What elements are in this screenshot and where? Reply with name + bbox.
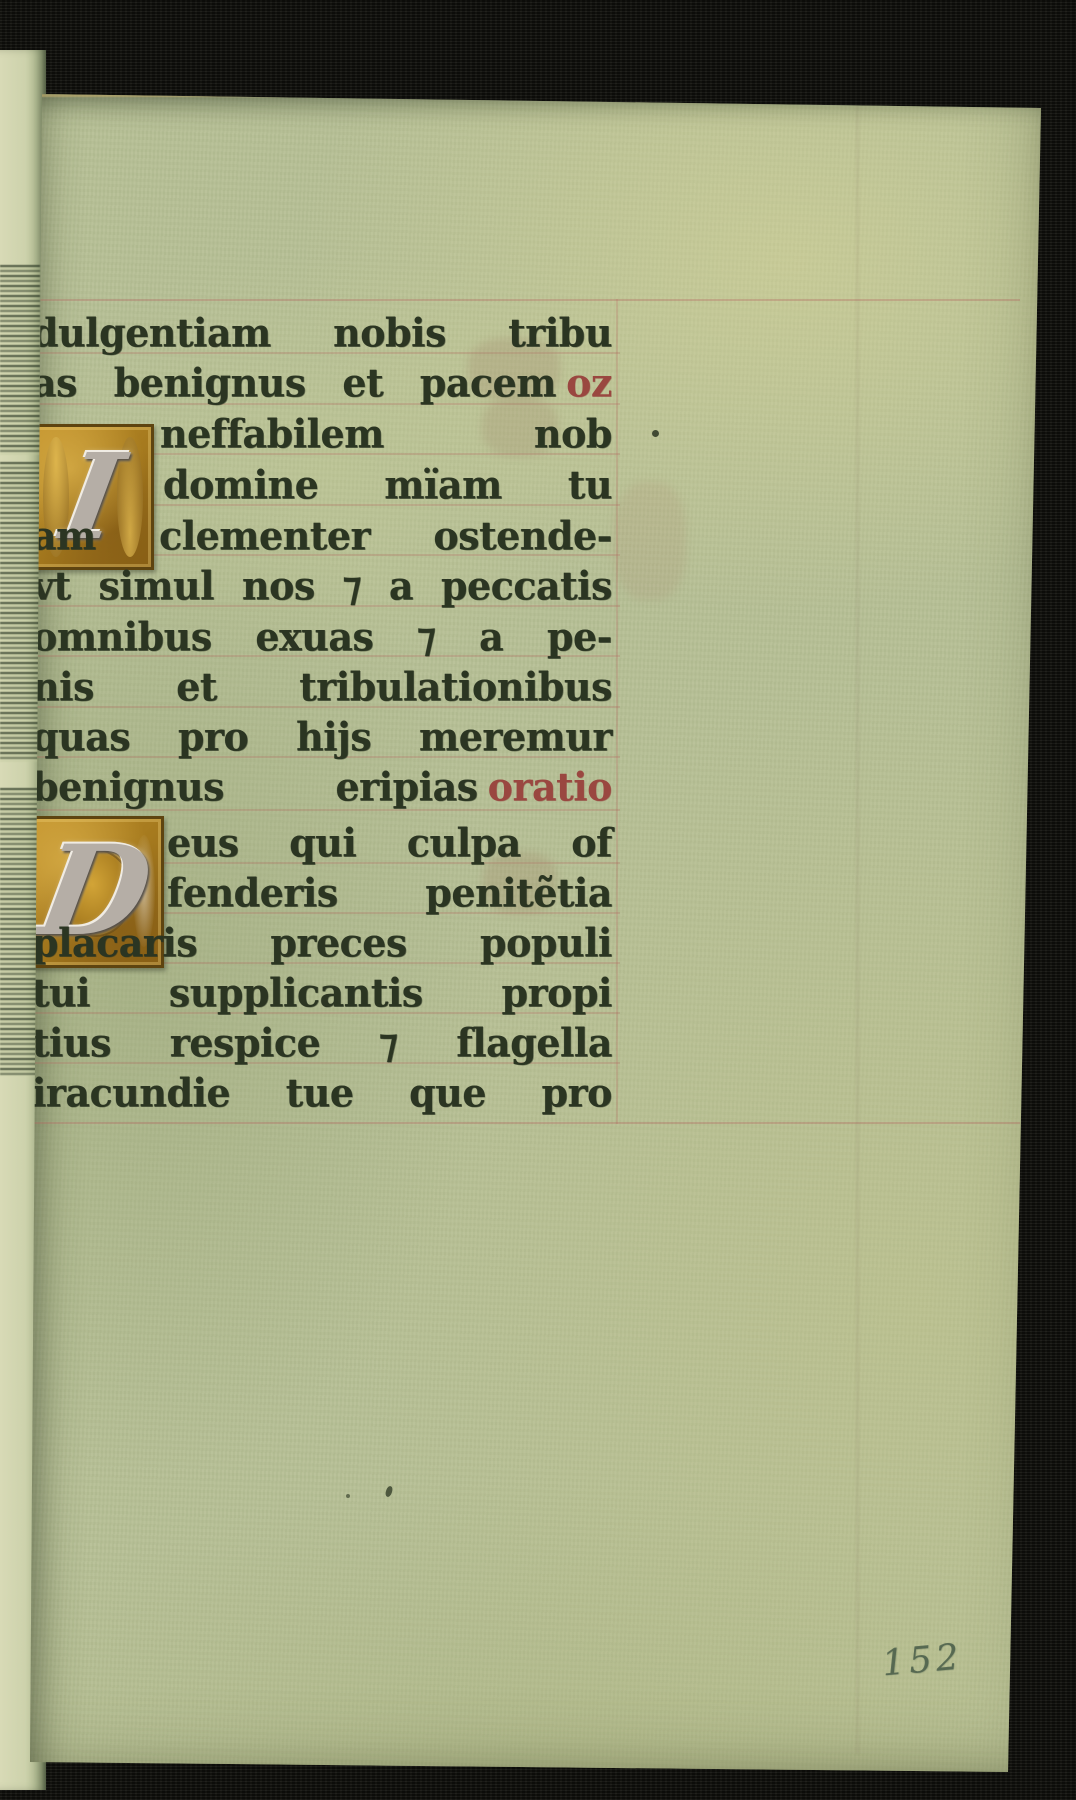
- text-line: omnibus exuas ⁊ a pe-: [32, 613, 612, 663]
- leaf-edge-band: [0, 462, 40, 762]
- parchment-crease: [856, 104, 859, 1754]
- ink-speck: [652, 430, 659, 437]
- text-line: tui supplicantis propi: [32, 969, 612, 1019]
- leaf-edge-band: [0, 265, 40, 455]
- manuscript-page: I D dulgentiam nobis tribu as benignus e…: [30, 94, 1041, 1772]
- text-line: benignus eripias oratio: [32, 763, 612, 813]
- text-line: eus qui culpa of: [167, 819, 612, 869]
- ruling-line: [30, 299, 1020, 301]
- text-line: as benignus et pacem oz: [32, 359, 612, 409]
- ink-speck: [346, 1494, 350, 1498]
- photograph-backdrop: I D dulgentiam nobis tribu as benignus e…: [0, 0, 1076, 1800]
- text-line-black: as benignus et pacem: [32, 359, 556, 407]
- text-line: quas pro hijs meremur: [32, 713, 612, 763]
- ruling-line: [30, 1122, 1020, 1124]
- text-line: vt simul nos ⁊ a peccatis: [32, 562, 612, 612]
- text-line: fenderis penitẽtia: [167, 869, 612, 919]
- rubric-oratio: oratio: [478, 763, 612, 811]
- text-line: tius respice ⁊ flagella: [32, 1019, 612, 1069]
- text-line: iracundie tue que pro: [32, 1069, 612, 1119]
- text-line: nis et tribulationibus: [32, 663, 612, 713]
- leaf-edge-band: [0, 788, 40, 1076]
- parchment-stain: [614, 482, 686, 600]
- text-line: placaris preces populi: [32, 919, 612, 969]
- text-line: am clementer ostende-: [32, 512, 612, 562]
- folio-number: 152: [880, 1637, 964, 1685]
- text-line: domine mïam tu: [163, 461, 612, 511]
- text-line: neffabilem nob: [160, 410, 612, 460]
- ruling-line-vertical: [616, 299, 618, 1124]
- ink-speck: [384, 1485, 393, 1497]
- text-line: dulgentiam nobis tribu: [32, 309, 612, 359]
- text-line-black: benignus eripias: [32, 763, 478, 811]
- rubric-abbreviation: oz: [556, 359, 612, 407]
